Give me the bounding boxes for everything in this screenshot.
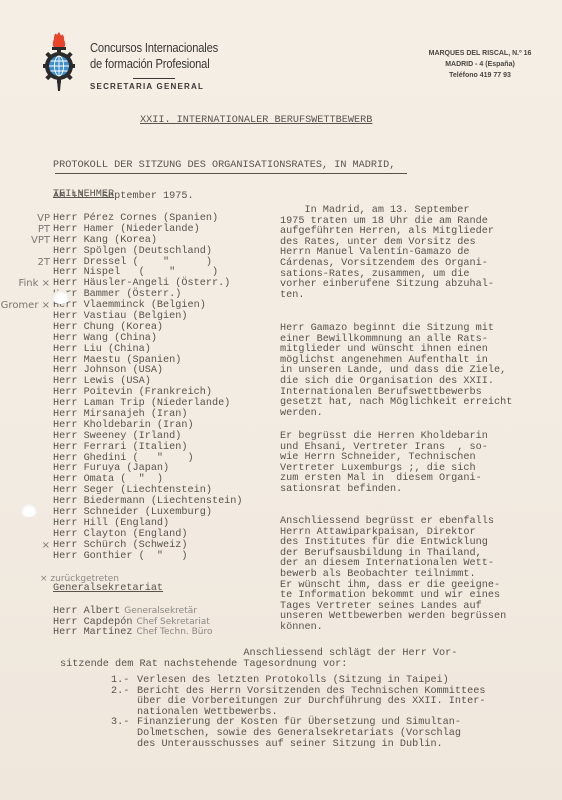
agenda-item-number: 1.-	[111, 676, 137, 687]
participant-name: Herr Häusler-Angeli (Österr.)	[53, 278, 230, 289]
address-line: MADRID - 4 (España)	[420, 59, 540, 70]
participant-name: Herr Wang (China)	[53, 333, 157, 344]
document-page: Concursos Internacionales de formación P…	[0, 0, 562, 800]
participant-name: Herr Mirsanajeh (Iran)	[53, 409, 188, 420]
agenda-intro-line: Anschliessend schlägt der Herr Vor-	[60, 649, 457, 660]
agenda-intro: Anschliessend schlägt der Herr Vor-sitze…	[60, 649, 457, 670]
agenda-item-text: Verlesen des letzten Protokolls (Sitzung…	[137, 675, 449, 686]
address-line: MARQUES DEL RISCAL, N.º 16	[420, 48, 540, 59]
secretariat-name: Herr Martínez	[53, 627, 132, 638]
participant-name: Herr Ferrari (Italien)	[53, 442, 188, 453]
participant-name: Herr Schürch (Schweiz)	[53, 540, 188, 551]
divider	[55, 173, 407, 174]
participant-name: Herr Vastiau (Belgien)	[53, 311, 188, 322]
secretariat-row: Herr AlbertGeneralsekretär	[53, 606, 213, 617]
paragraph: Herr Gamazo beginnt die Sitzung miteiner…	[280, 324, 562, 419]
paragraph-line: Er begrüsst die Herren Kholdebarin	[280, 432, 562, 443]
paragraph-line: In Madrid, am 13. September	[280, 206, 562, 217]
handwritten-annotation: VPT	[31, 236, 50, 247]
general-secretariat-heading: Generalsekretariat	[53, 584, 163, 594]
paragraph-line: bewerb als Beobachter teilnimmt.	[280, 570, 562, 581]
handwritten-annotation: 2T	[38, 258, 50, 269]
participant-name: Herr Poitevin (Frankreich)	[53, 387, 212, 398]
subtitle-line: PROTOKOLL DER SITZUNG DES ORGANISATIONSR…	[53, 161, 395, 171]
paragraph: In Madrid, am 13. September1975 traten u…	[280, 206, 562, 301]
agenda-item-text: Finanzierung der Kosten für Übersetzung …	[137, 717, 461, 728]
paragraph-line: können.	[280, 623, 562, 634]
participant-name: Herr Kholdebarin (Iran)	[53, 420, 194, 431]
participant-name: Herr Gonthier ( " )	[53, 551, 188, 562]
participant-name: Herr Pérez Cornes (Spanien)	[53, 213, 218, 224]
participant-name: Herr Kang (Korea)	[53, 235, 157, 246]
participant-name: Herr Seger (Liechtenstein)	[53, 485, 212, 496]
participant-name: Herr Liu (China)	[53, 344, 151, 355]
participants-list: Herr Pérez Cornes (Spanien)VPHerr Hamer …	[53, 214, 243, 563]
organization-name: Concursos Internacionales de formación P…	[90, 40, 239, 91]
secretariat-name: Herr Albert	[53, 606, 120, 617]
participant-name: Herr Furuya (Japan)	[53, 463, 169, 474]
participant-name: Herr Schneider (Luxemburg)	[53, 507, 212, 518]
secretariat-role: Chef Techn. Büro	[136, 627, 212, 637]
paragraph: Er begrüsst die Herren Kholdebarinund Eh…	[280, 432, 562, 496]
paragraph-line: ten.	[280, 291, 562, 302]
participant-name: Herr Spölgen (Deutschland)	[53, 246, 212, 257]
participants-heading: TEILNEHMER	[53, 190, 114, 200]
handwritten-annotation: Fink ×	[19, 279, 51, 290]
participant-name: Herr Ghedini ( " )	[53, 453, 194, 464]
document-title: XXII. INTERNATIONALER BERUFSWETTBEWERB	[140, 116, 372, 126]
org-line-2: de formación Profesional	[90, 56, 218, 72]
participant-row: Herr Gonthier ( " )	[53, 552, 243, 563]
handwritten-annotation: ×	[42, 541, 50, 552]
paragraph-line: vorher einberufene Sitzung abzuhal-	[280, 280, 562, 291]
paragraph-line: die sich die Organisation des XXII.	[280, 377, 562, 388]
paragraph-line: sationsrat befinden.	[280, 485, 562, 496]
org-line-1: Concursos Internacionales	[90, 40, 218, 56]
participant-name: Herr Omata ( " )	[53, 474, 163, 485]
secretariat-row: Herr MartínezChef Techn. Büro	[53, 627, 213, 638]
agenda-item-text: Bericht des Herrn Vorsitzenden des Techn…	[137, 686, 485, 697]
agenda-items: 1.-Verlesen des letzten Protokolls (Sitz…	[111, 676, 485, 750]
address-block: MARQUES DEL RISCAL, N.º 16 MADRID - 4 (E…	[420, 48, 540, 81]
paragraph: Anschliessend begrüsst er ebenfallsHerrn…	[280, 517, 562, 634]
participant-name: Herr Sweeney (Irland)	[53, 431, 181, 442]
paragraph-line: werden.	[280, 409, 562, 420]
paragraph-line: Cárdenas, Vorsitzendem des Organi-	[280, 259, 562, 270]
punch-hole	[52, 290, 70, 304]
participant-name: Herr Lewis (USA)	[53, 376, 151, 387]
agenda-item-line: Dolmetschen, sowie des Generalsekretaria…	[111, 729, 485, 740]
participant-name: Herr Hill (England)	[53, 518, 169, 529]
participant-name: Herr Chung (Korea)	[53, 322, 163, 333]
handwritten-annotation: Gromer ×	[1, 301, 50, 312]
participant-name: Herr Nispel ( " )	[53, 267, 218, 278]
department-label: SECRETARIA GENERAL	[90, 82, 239, 91]
participant-name: Herr Vlaemminck (Belgien)	[53, 300, 206, 311]
secretariat-role: Generalsekretär	[124, 606, 197, 616]
participant-name: Herr Biedermann (Liechtenstein)	[53, 496, 243, 507]
agenda-item-number: 2.-	[111, 687, 137, 698]
agenda-item-line: des Unterausschusses auf seiner Sitzung …	[111, 740, 485, 751]
org-divider	[133, 78, 175, 79]
paragraph-line: Herr Gamazo beginnt die Sitzung mit	[280, 324, 562, 335]
participant-name: Herr Maestu (Spanien)	[53, 355, 181, 366]
participant-name: Herr Laman Trip (Niederlande)	[53, 398, 230, 409]
secretariat-row: Herr CapdepónChef Sekretariat	[53, 617, 213, 628]
participant-name: Herr Clayton (England)	[53, 529, 188, 540]
torch-globe-gear-icon	[43, 30, 75, 92]
address-line: Teléfono 419 77 93	[420, 70, 540, 81]
secretariat-name: Herr Capdepón	[53, 617, 132, 628]
general-secretariat-list: Herr AlbertGeneralsekretärHerr CapdepónC…	[53, 606, 213, 638]
paragraph-line: Anschliessend begrüsst er ebenfalls	[280, 517, 562, 528]
secretariat-role: Chef Sekretariat	[136, 617, 209, 627]
participant-name: Herr Johnson (USA)	[53, 365, 163, 376]
punch-hole	[20, 503, 38, 517]
participant-name: Herr Hamer (Niederlande)	[53, 224, 200, 235]
agenda-intro-line: sitzende dem Rat nachstehende Tagesordnu…	[60, 660, 457, 671]
agenda-item-number: 3.-	[111, 718, 137, 729]
participant-name: Herr Bammer (Österr.)	[53, 289, 181, 300]
participant-name: Herr Dressel ( " )	[53, 257, 212, 268]
